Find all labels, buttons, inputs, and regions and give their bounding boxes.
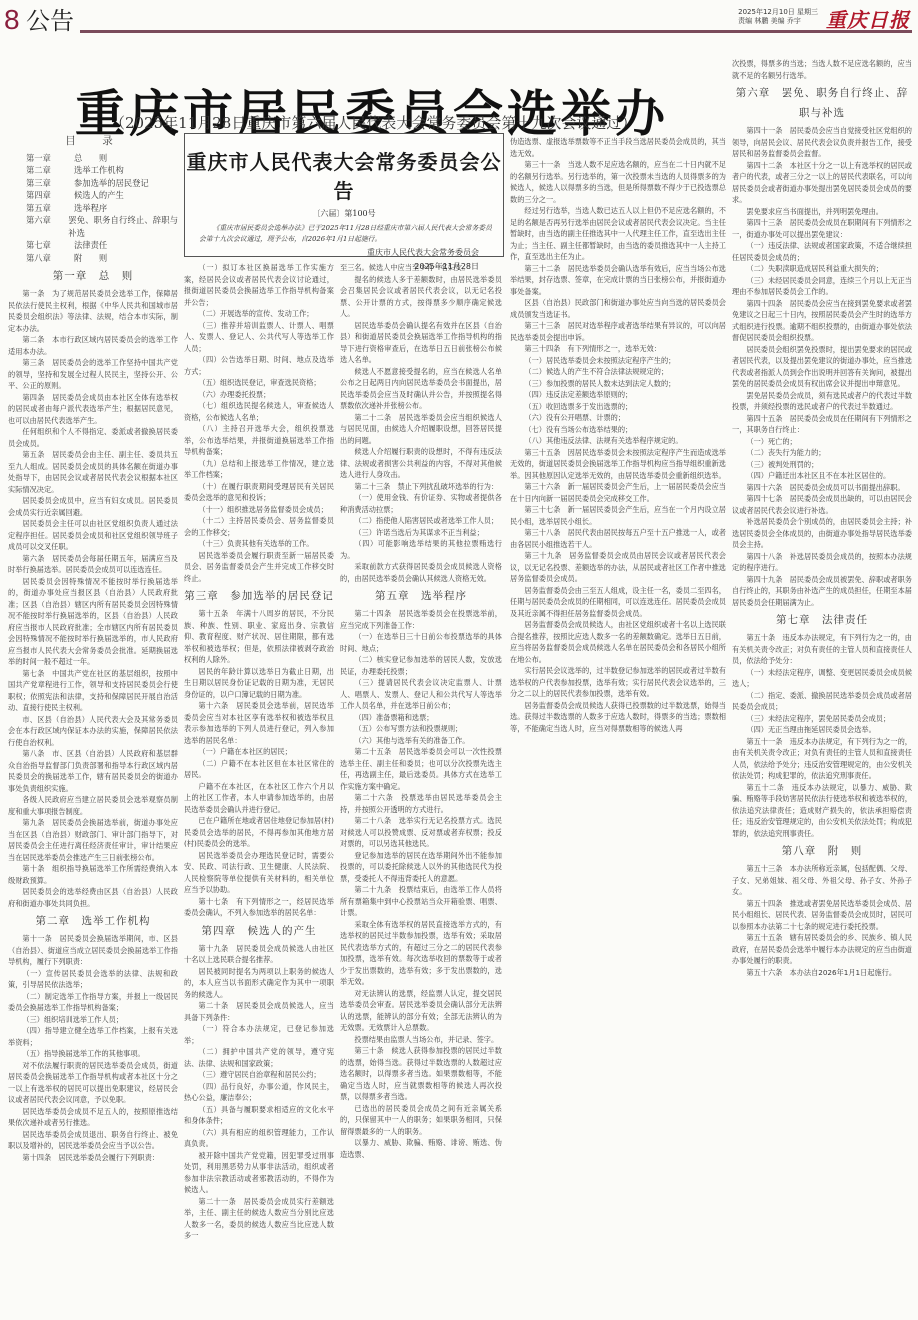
article-paragraph: （三）许诺当选后为其谋求不正当利益； — [340, 527, 502, 539]
article-paragraph: （二）制定选举工作指导方案，并报上一级居民委员会换届选举工作指导机构备案； — [8, 991, 178, 1014]
column-1: 目 录 第一章总 则 第二章选举工作机构 第三章参加选举的居民登记 第四章候选人… — [8, 136, 178, 1163]
article-paragraph: （一）符合本办法规定，已登记参加选举； — [184, 1023, 334, 1046]
article-paragraph: （三）被判处刑罚的； — [732, 459, 912, 471]
column-5: 次投票，得票多的当选；当选人数不足应选名额的，应当就不足的名额另行选举。 第六章… — [732, 58, 912, 1320]
article-paragraph: （八）其他违反法律、法规有关选举程序规定的。 — [510, 435, 726, 447]
article-paragraph: 罢免要求应当书面提出，并列明罢免理由。 — [732, 206, 912, 218]
column-3: 至三名。候选人中应当至少有一名妇女。 提名的候选人多于差额数时，由居民选举委员会… — [340, 262, 502, 1320]
article-paragraph: （四）准备票箱和选票； — [340, 712, 502, 724]
article-paragraph: 第三十三条 居民对选举程序或者选举结果有异议的，可以向居民选举委员会提出申诉。 — [510, 320, 726, 343]
article-paragraph: （一）死亡的； — [732, 436, 912, 448]
article-paragraph: 实行居民会议选举的，过半数登记参加选举的居民或者过半数有选举权的户代表参加投票，… — [510, 665, 726, 700]
article-paragraph: 提名的候选人多于差额数时，由居民选举委员会召集居民会议或者居民代表会议，以无记名… — [340, 274, 502, 320]
article-paragraph: 至三名。候选人中应当至少有一名妇女。 — [340, 262, 502, 274]
toc-item: 第三章参加选举的居民登记 — [8, 177, 178, 190]
article-paragraph: （二）指使他人陷害居民或者选举工作人员； — [340, 515, 502, 527]
article-paragraph: 对无法辨认的选票，经监票人认定，提交居民选举委员会审查。居民选举委员会确认部分无… — [340, 988, 502, 1034]
notice-signer: 重庆市人民代表大会常务委员会 — [185, 247, 503, 259]
article-paragraph: （五）组织选民登记，审查选民资格； — [184, 377, 334, 389]
article-paragraph: （二）指定、委派、撤换居民选举委员会成员或者居民委员会成员； — [732, 690, 912, 713]
masthead: 8 公告 2025年12月10日 星期三 责编 林鹏 美编 乔宇 重庆日报 — [0, 0, 918, 46]
article-paragraph: 居民的年龄计算以选举日为截止日期，出生日期以居民身份证记载的日期为准，无居民身份… — [184, 666, 334, 701]
article-paragraph: 第四十八条 补选居民委员会成员的，按照本办法规定的程序进行。 — [732, 551, 912, 574]
article-paragraph: 第二条 本市行政区域内居民委员会的选举工作适用本办法。 — [8, 334, 178, 357]
article-paragraph: 任何组织和个人不得指定、委派或者撤换居民委员会成员。 — [8, 426, 178, 449]
article-paragraph: （八）主持召开选举大会，组织投票选举，公布选举结果，并报街道换届选举工作指导机构… — [184, 423, 334, 458]
article-paragraph: （三）推荐并培训监票人、计票人、唱票人、发票人、登记人、公共代写人等选举工作人员… — [184, 320, 334, 355]
article-paragraph: （四）品行良好，办事公道，作风民主，热心公益，廉洁奉公； — [184, 1081, 334, 1104]
article-paragraph: 第三条 居民委员会的选举工作坚持中国共产党的领导，坚持和发展全过程人民民主，坚持… — [8, 357, 178, 392]
article-paragraph: （五）公布写票方法和投票规则； — [340, 723, 502, 735]
article-paragraph: 第三十八条 居民代表由居民按每五户至十五户推选一人，或者由各居民小组推选若干人。 — [510, 527, 726, 550]
column-4: 伪造选票、虚报选举票数等不正当手段当选居民委员会成员的，其当选无效。 第三十一条… — [510, 136, 726, 1320]
article-paragraph: 以暴力、威胁、欺骗、贿赂、诽谤、贿选、伪造选票、 — [340, 1137, 502, 1160]
article-paragraph: 第十四条 居民选举委员会履行下列职责： — [8, 1152, 178, 1164]
article-paragraph: （七）没有当场公布选举结果的； — [510, 424, 726, 436]
article-paragraph: 投票结果由监票人当场公布，并记录、签字。 — [340, 1034, 502, 1046]
article-paragraph: （二）开展选举的宣传、发动工作； — [184, 308, 334, 320]
issue-date: 2025年12月10日 星期三 — [738, 8, 818, 17]
article-paragraph: 居民选举委员会办理选民登记时，需要公安、民政、司法行政、卫生健康、人民法院、人民… — [184, 850, 334, 896]
article-paragraph: 已选出的居民委员会成员之间有近亲属关系的，只保留其中一人的职务；如果职务相同，只… — [340, 1103, 502, 1138]
article-paragraph: 第五十六条 本办法自2026年1月1日起施行。 — [732, 967, 912, 979]
issue-meta: 2025年12月10日 星期三 责编 林鹏 美编 乔宇 — [738, 8, 818, 26]
article-paragraph: （五）具备与履职要求相适应的文化水平和身体条件； — [184, 1104, 334, 1127]
article-paragraph: （二）失职渎职造成居民利益重大损失的； — [732, 263, 912, 275]
article-paragraph: 经过另行选举，当选人数已达五人以上但仍不足应选名额的，不足的名额是否再另行选举由… — [510, 205, 726, 263]
article-paragraph: 第五条 居民委员会由主任、副主任、委员共五至九人组成。居民委员会成员的具体名额在… — [8, 449, 178, 495]
article-paragraph: 居务监督委员会成员候选人，由社区党组织或者十名以上选民联合提名推荐，按照比应选人… — [510, 619, 726, 665]
article-paragraph: （四）公告选举日期、时间、地点及选举方式； — [184, 354, 334, 377]
article-paragraph: （四）违反法定差额选举原则的； — [510, 389, 726, 401]
article-paragraph: （四）无正当理由拖延居民委员会选举。 — [732, 724, 912, 736]
article-paragraph: 第三十二条 居民选举委员会确认选举有效后，应当当场公布选举结果，封存选票、签章，… — [510, 263, 726, 298]
chapter-heading: 第七章 法律责任 — [732, 610, 912, 630]
article-paragraph: 第三十六条 新一届居民委员会产生后，上一届居民委员会应当在十日内向新一届居民委员… — [510, 481, 726, 504]
newspaper-logo: 重庆日报 — [826, 4, 910, 33]
article-paragraph: 采取前款方式获得居民委员会成员候选人资格的，由居民选举委员会确认其候选人资格无效… — [340, 561, 502, 584]
header-rule — [80, 30, 912, 33]
article-paragraph: 居务监督委员会由三至五人组成，设主任一名，委员二至四名，任期与居民委员会成员的任… — [510, 585, 726, 620]
article-paragraph: （一）使用金钱、有价证券、实物或者提供各种消费活动拉票； — [340, 492, 502, 515]
article-paragraph: 第十条 组织指导换届选举工作所需经费纳入本级财政预算。 — [8, 863, 178, 886]
article-paragraph: 第三十五条 因居民选举委员会未按照法定程序产生而造成选举无效的，街道居民委员会换… — [510, 447, 726, 482]
article-paragraph: 第三十条 候选人获得参加投票的居民过半数的选票，始得当选。获得过半数选票的人数超… — [340, 1045, 502, 1103]
article-paragraph: 第五十一条 违反本办法规定，有下列行为之一的，由有关机关责令改正；对负有责任的主… — [732, 736, 912, 782]
toc-item: 第八章附 则 — [8, 252, 178, 265]
article-paragraph: 第七条 中国共产党在社区的基层组织，按照中国共产党章程进行工作，领导和支持居民委… — [8, 668, 178, 714]
article-paragraph: （一）违反法律、法规或者国家政策，不适合继续担任居民委员会成员的； — [732, 240, 912, 263]
article-paragraph: 市、区县（自治县）人民代表大会及其常务委员会在本行政区域内保证本办法的实施，保障… — [8, 714, 178, 749]
article-paragraph: （四）户籍迁出本社区且不在本社区居住的。 — [732, 470, 912, 482]
article-paragraph: 第八条 市、区县（自治县）人民政府和基层群众自治指导监督部门负责部署和指导本行政… — [8, 748, 178, 794]
article-paragraph: （二）核实登记参加选举的居民人数，发放选民证，办理委托投票； — [340, 654, 502, 677]
article-paragraph: （三）参加投票的居民人数未达到法定人数的； — [510, 378, 726, 390]
article-paragraph: 第二十一条 居民委员会成员实行差额选举，主任、副主任的候选人数应当分别比应选人数… — [184, 1196, 334, 1242]
article-paragraph: 居民选举委员会成员退出、职务自行终止、被免职以及增补的，居民选举委员会应当予以公… — [8, 1129, 178, 1152]
article-paragraph: 第十一条 居民委员会换届选举期间，市、区县（自治县）、街道应当成立居民委员会换届… — [8, 933, 178, 968]
chapter-heading: 第三章 参加选举的居民登记 — [184, 586, 334, 606]
notice-body: 《重庆市居民委员会选举办法》已于2025年11月28日经重庆市第六届人民代表大会… — [185, 219, 503, 245]
article-paragraph: 第二十八条 选举实行无记名投票方式。选民对候选人可以投赞成票、反对票或者弃权票；… — [340, 815, 502, 850]
article-paragraph: 第五十五条 辖有居民委员会的乡、民族乡、镇人民政府，在居民委员会选举中履行本办法… — [732, 932, 912, 967]
toc-title: 目 录 — [8, 136, 178, 148]
article-paragraph: （十二）主持居民委员会、居务监督委员会的工作移交； — [184, 515, 334, 538]
article-paragraph: （二）丧失行为能力的； — [732, 447, 912, 459]
article-paragraph: 第三十四条 有下列情形之一，选举无效： — [510, 343, 726, 355]
article-paragraph: 各级人民政府应当建立居民委员会选举观察员制度和重大事项报告制度。 — [8, 794, 178, 817]
article-paragraph: 第四十五条 居民委员会成员在任期间有下列情形之一，其职务自行终止： — [732, 413, 912, 436]
npc-notice-box: 重庆市人民代表大会常务委员会公告 〔六届〕第100号 《重庆市居民委员会选举办法… — [184, 133, 504, 257]
article-paragraph: （一）宣传居民委员会选举的法律、法规和政策，引导居民依法选举； — [8, 968, 178, 991]
article-paragraph: 居务监督委员会成员候选人获得已投票数的过半数选票，始得当选。获得过半数选票的人数… — [510, 700, 726, 735]
page-number: 8 — [4, 4, 20, 36]
article-paragraph: （一）在选举日三十日前公布投票选举的具体时间、地点； — [340, 631, 502, 654]
article-paragraph: （九）总结和上报选举工作情况，建立选举工作档案； — [184, 458, 334, 481]
editor-credits: 责编 林鹏 美编 乔宇 — [738, 17, 818, 26]
article-paragraph: 第五十三条 本办法所称近亲属，包括配偶、父母、子女、兄弟姐妹、祖父母、外祖父母、… — [732, 863, 912, 898]
article-paragraph: （十）在履行职责期间受理居民有关居民委员会选举的意见和投诉； — [184, 481, 334, 504]
article-paragraph: 第二十四条 居民选举委员会在投票选举前，应当完成下列准备工作： — [340, 608, 502, 631]
toc-item: 第一章总 则 — [8, 152, 178, 165]
article-paragraph: （五）收回选票多于发出选票的； — [510, 401, 726, 413]
article-paragraph: 第四条 居民委员会成员由本社区全体有选举权的居民或者由每户派代表选举产生；根据居… — [8, 392, 178, 427]
article-paragraph: （十一）组织推选居务监督委员会成员； — [184, 504, 334, 516]
article-paragraph: （三）提请居民代表会议决定监票人、计票人、唱票人、发票人、登记人和公共代写人等选… — [340, 677, 502, 712]
article-paragraph: 第四十二条 本社区十分之一以上有选举权的居民或者户的代表，或者三分之一以上的居民… — [732, 160, 912, 206]
toc-item: 第二章选举工作机构 — [8, 164, 178, 177]
article-paragraph: 第四十四条 居民委员会应当在接到罢免要求或者罢免建议之日起三十日内，按照居民委员… — [732, 298, 912, 344]
article-paragraph: 第二十二条 居民选举委员会应当组织候选人与居民见面，由候选人介绍履职设想，回答居… — [340, 412, 502, 447]
article-paragraph: 第十五条 年满十八周岁的居民，不分民族、种族、性别、职业、家庭出身、宗教信仰、教… — [184, 608, 334, 666]
page-subheadline: （2025年11月28日重庆市第六届人民代表大会常务委员会第十九次会议通过） — [110, 112, 630, 133]
chapter-heading: 第六章 罢免、职务自行终止、辞职与补选 — [732, 83, 912, 123]
article-paragraph: 第十九条 居民委员会成员候选人由社区十名以上选民联合提名推荐。 — [184, 943, 334, 966]
article-paragraph: 已在户籍所在地或者居住地登记参加居(村)民委员会选举的居民，不得再参加其他地方居… — [184, 815, 334, 850]
article-paragraph: 第十七条 有下列情形之一，经居民选举委员会确认，不列入参加选举的居民名单： — [184, 896, 334, 919]
article-paragraph: （六）办理委托投票； — [184, 389, 334, 401]
article-paragraph: 居民委员会因特殊情况不能按时举行换届选举的，街道办事处应当报区县（自治县）人民政… — [8, 576, 178, 668]
article-paragraph: 第十六条 居民委员会选举前，居民选举委员会应当对本社区享有选举权和被选举权且表示… — [184, 700, 334, 746]
article-paragraph: （六）具有相应的组织管理能力，工作认真负责。 — [184, 1127, 334, 1150]
article-paragraph: 第四十七条 居民委员会成员出缺的，可以由居民会议或者居民代表会议进行补选。 — [732, 493, 912, 516]
article-paragraph: （三）遵守居民自治章程和居民公约； — [184, 1069, 334, 1081]
article-paragraph: 第五十条 违反本办法规定，有下列行为之一的，由有关机关责令改正；对负有责任的主管… — [732, 632, 912, 667]
article-paragraph: 居民选举委员会成员不足五人的，按照原推选结果依次递补或者另行推选。 — [8, 1106, 178, 1129]
article-paragraph: 第五十二条 违反本办法规定，以暴力、威胁、欺骗、贿赂等手段妨害居民依法行使选举权… — [732, 782, 912, 840]
article-paragraph: 区县（自治县）民政部门和街道办事处应当向当选的居民委员会成员颁发当选证书。 — [510, 297, 726, 320]
article-paragraph: （三）组织培训选举工作人员； — [8, 1014, 178, 1026]
article-paragraph: （四）可能影响选举结果的其他拉票贿选行为。 — [340, 538, 502, 561]
chapter-heading: 第四章 候选人的产生 — [184, 921, 334, 941]
chapter-heading: 第八章 附 则 — [732, 841, 912, 861]
article-paragraph: （六）其他与选举有关的准备工作。 — [340, 735, 502, 747]
article-paragraph: （三）未经法定程序，罢免居民委员会成员； — [732, 713, 912, 725]
article-paragraph: （二）拥护中国共产党的领导，遵守宪法、法律、法规和国家政策； — [184, 1046, 334, 1069]
notice-number: 〔六届〕第100号 — [185, 208, 503, 219]
article-paragraph: 第二十九条 投票结束后，由选举工作人员将所有票箱集中到中心投票站当众开箱验票、唱… — [340, 884, 502, 919]
column-2: （一）拟订本社区换届选举工作实施方案，经居民会议或者居民代表会议讨论通过，报街道… — [184, 262, 334, 1320]
article-paragraph: 第六条 居民委员会每届任期五年，届满应当及时举行换届选举。居民委员会成员可以连选… — [8, 553, 178, 576]
article-paragraph: 居民委员会的选举经费由区县（自治县）人民政府和街道办事处共同负担。 — [8, 886, 178, 909]
article-paragraph: 第二十六条 投票选举由居民选举委员会主持，并按照公开透明的方式进行。 — [340, 792, 502, 815]
chapter-heading: 第二章 选举工作机构 — [8, 911, 178, 931]
article-paragraph: 第二十五条 居民选举委员会可以一次性投票选举主任、副主任和委员；也可以分次投票先… — [340, 746, 502, 792]
article-paragraph: （五）指导换届选举工作的其他事项。 — [8, 1048, 178, 1060]
article-paragraph: 候选人不愿意接受提名的，应当在候选人名单公布之日起两日内向居民选举委员会书面提出… — [340, 366, 502, 412]
article-paragraph: 第九条 居民委员会换届选举前，街道办事处应当在区县（自治县）财政部门、审计部门指… — [8, 817, 178, 863]
article-paragraph: 对不依法履行职责的居民选举委员会成员，街道居民委员会换届选举工作指导机构或者本社… — [8, 1060, 178, 1106]
article-paragraph: （二）候选人的产生不符合法律法规规定的； — [510, 366, 726, 378]
article-paragraph: （四）指导建立健全选举工作档案，上报有关选举资料； — [8, 1025, 178, 1048]
article-paragraph: （一）未经法定程序，调整、变更居民委员会成员候选人； — [732, 667, 912, 690]
article-paragraph: 居民选举委员会确认提名有效并在区县（自治县）和街道居民委员会换届选举工作指导机构… — [340, 320, 502, 366]
article-paragraph: 罢免居民委员会成员，须有选民或者户的代表过半数投票，并须经投票的选民或者户的代表… — [732, 390, 912, 413]
article-paragraph: （七）组织选民提名候选人，审查候选人资格，公布候选人名单； — [184, 400, 334, 423]
article-paragraph: 候选人介绍履行职责的设想时，不得有违反法律、法规或者损害公共利益的内容，不得对其… — [340, 446, 502, 481]
section-name: 公告 — [26, 6, 74, 36]
article-paragraph: 第二十三条 禁止下列扰乱破坏选举的行为： — [340, 481, 502, 493]
article-paragraph: 第三十一条 当选人数不足应选名额的，应当在二十日内就不足的名额另行选举。另行选举… — [510, 159, 726, 205]
article-paragraph: 登记参加选举的居民在选举期间外出不能参加投票的，可以委托除候选人以外的其他选民代… — [340, 850, 502, 885]
toc-item: 第五章选举程序 — [8, 202, 178, 215]
table-of-contents: 第一章总 则 第二章选举工作机构 第三章参加选举的居民登记 第四章候选人的产生 … — [8, 152, 178, 265]
article-paragraph: 第二十条 居民委员会成员候选人，应当具备下列条件： — [184, 1000, 334, 1023]
article-paragraph: （二）户籍不在本社区但在本社区常住的居民。 — [184, 758, 334, 781]
toc-item: 第六章罢免、职务自行终止、辞职与补选 — [8, 214, 178, 239]
article-paragraph: （三）未经居民委员会同意，连续三个月以上无正当理由不参加居民委员会工作的。 — [732, 275, 912, 298]
article-paragraph: 第四十一条 居民委员会应当自觉接受社区党组织的领导，向居民会议、居民代表会议负责… — [732, 125, 912, 160]
article-paragraph: 居民被同时提名为两项以上职务的候选人的，本人应当以书面形式确定作为其中一项职务的… — [184, 966, 334, 1001]
chapter-heading: 第五章 选举程序 — [340, 586, 502, 606]
article-paragraph: （十三）负责其他有关选举的工作。 — [184, 538, 334, 550]
toc-item: 第七章法律责任 — [8, 239, 178, 252]
article-paragraph: 补选居民委员会个别成员的，由居民委员会主持；补选居民委员会全体成员的，由街道办事… — [732, 516, 912, 551]
article-paragraph: 第三十九条 居务监督委员会成员由居民会议或者居民代表会议，以无记名投票、差额选举… — [510, 550, 726, 585]
chapter-heading: 第一章 总 则 — [8, 266, 178, 286]
article-paragraph: 第三十七条 新一届居民委员会产生后，应当在一个月内设立居民小组，选举居民小组长。 — [510, 504, 726, 527]
article-paragraph: （一）拟订本社区换届选举工作实施方案，经居民会议或者居民代表会议讨论通过，报街道… — [184, 262, 334, 308]
toc-item: 第四章候选人的产生 — [8, 189, 178, 202]
article-paragraph: 第一条 为了规范居民委员会选举工作，保障居民依法行使民主权利，根据《中华人民共和… — [8, 288, 178, 334]
article-paragraph: 第五十四条 推选或者罢免居民选举委员会成员、居民小组组长、居民代表、居务监督委员… — [732, 898, 912, 933]
article-paragraph: 第四十九条 居民委员会成员被罢免、辞职或者职务自行终止的，其职务由补选产生的成员… — [732, 574, 912, 609]
article-paragraph: 采取全体有选举权的居民直接选举方式的，有选举权的居民过半数参加投票，选举有效；采… — [340, 919, 502, 988]
notice-title: 重庆市人民代表大会常务委员会公告 — [185, 146, 503, 204]
article-paragraph: （一）居民选举委员会未按照法定程序产生的； — [510, 355, 726, 367]
article-paragraph: 伪造选票、虚报选举票数等不正当手段当选居民委员会成员的，其当选无效。 — [510, 136, 726, 159]
article-paragraph: 次投票，得票多的当选；当选人数不足应选名额的，应当就不足的名额另行选举。 — [732, 58, 912, 81]
article-paragraph: （一）户籍在本社区的居民； — [184, 746, 334, 758]
article-paragraph: 居民委员会组织罢免投票时，提出罢免要求的居民或者居民代表，以及提出罢免建议的街道… — [732, 344, 912, 390]
article-paragraph: （六）没有公开唱票、计票的； — [510, 412, 726, 424]
article-paragraph: 居民委员会主任可以由社区党组织负责人通过法定程序担任。居民委员会成员和社区党组织… — [8, 518, 178, 553]
article-paragraph: 居民委员会成员中，应当有妇女成员。居民委员会成员实行近亲属回避。 — [8, 495, 178, 518]
article-paragraph: 居民选举委员会履行职责至新一届居民委员会、居务监督委员会产生并完成工作移交时终止… — [184, 550, 334, 585]
article-paragraph: 被开除中国共产党党籍，因犯罪受过刑事处罚，利用黑恶势力从事非法活动，组织或者参加… — [184, 1150, 334, 1196]
article-paragraph: 户籍不在本社区，在本社区工作六个月以上的社区工作者，本人申请参加选举的，由居民选… — [184, 781, 334, 816]
article-paragraph: 第四十三条 居民委员会成员在职期间有下列情形之一，街道办事处可以提出罢免建议： — [732, 217, 912, 240]
article-paragraph: 第四十六条 居民委员会成员可以书面提出辞职。 — [732, 482, 912, 494]
